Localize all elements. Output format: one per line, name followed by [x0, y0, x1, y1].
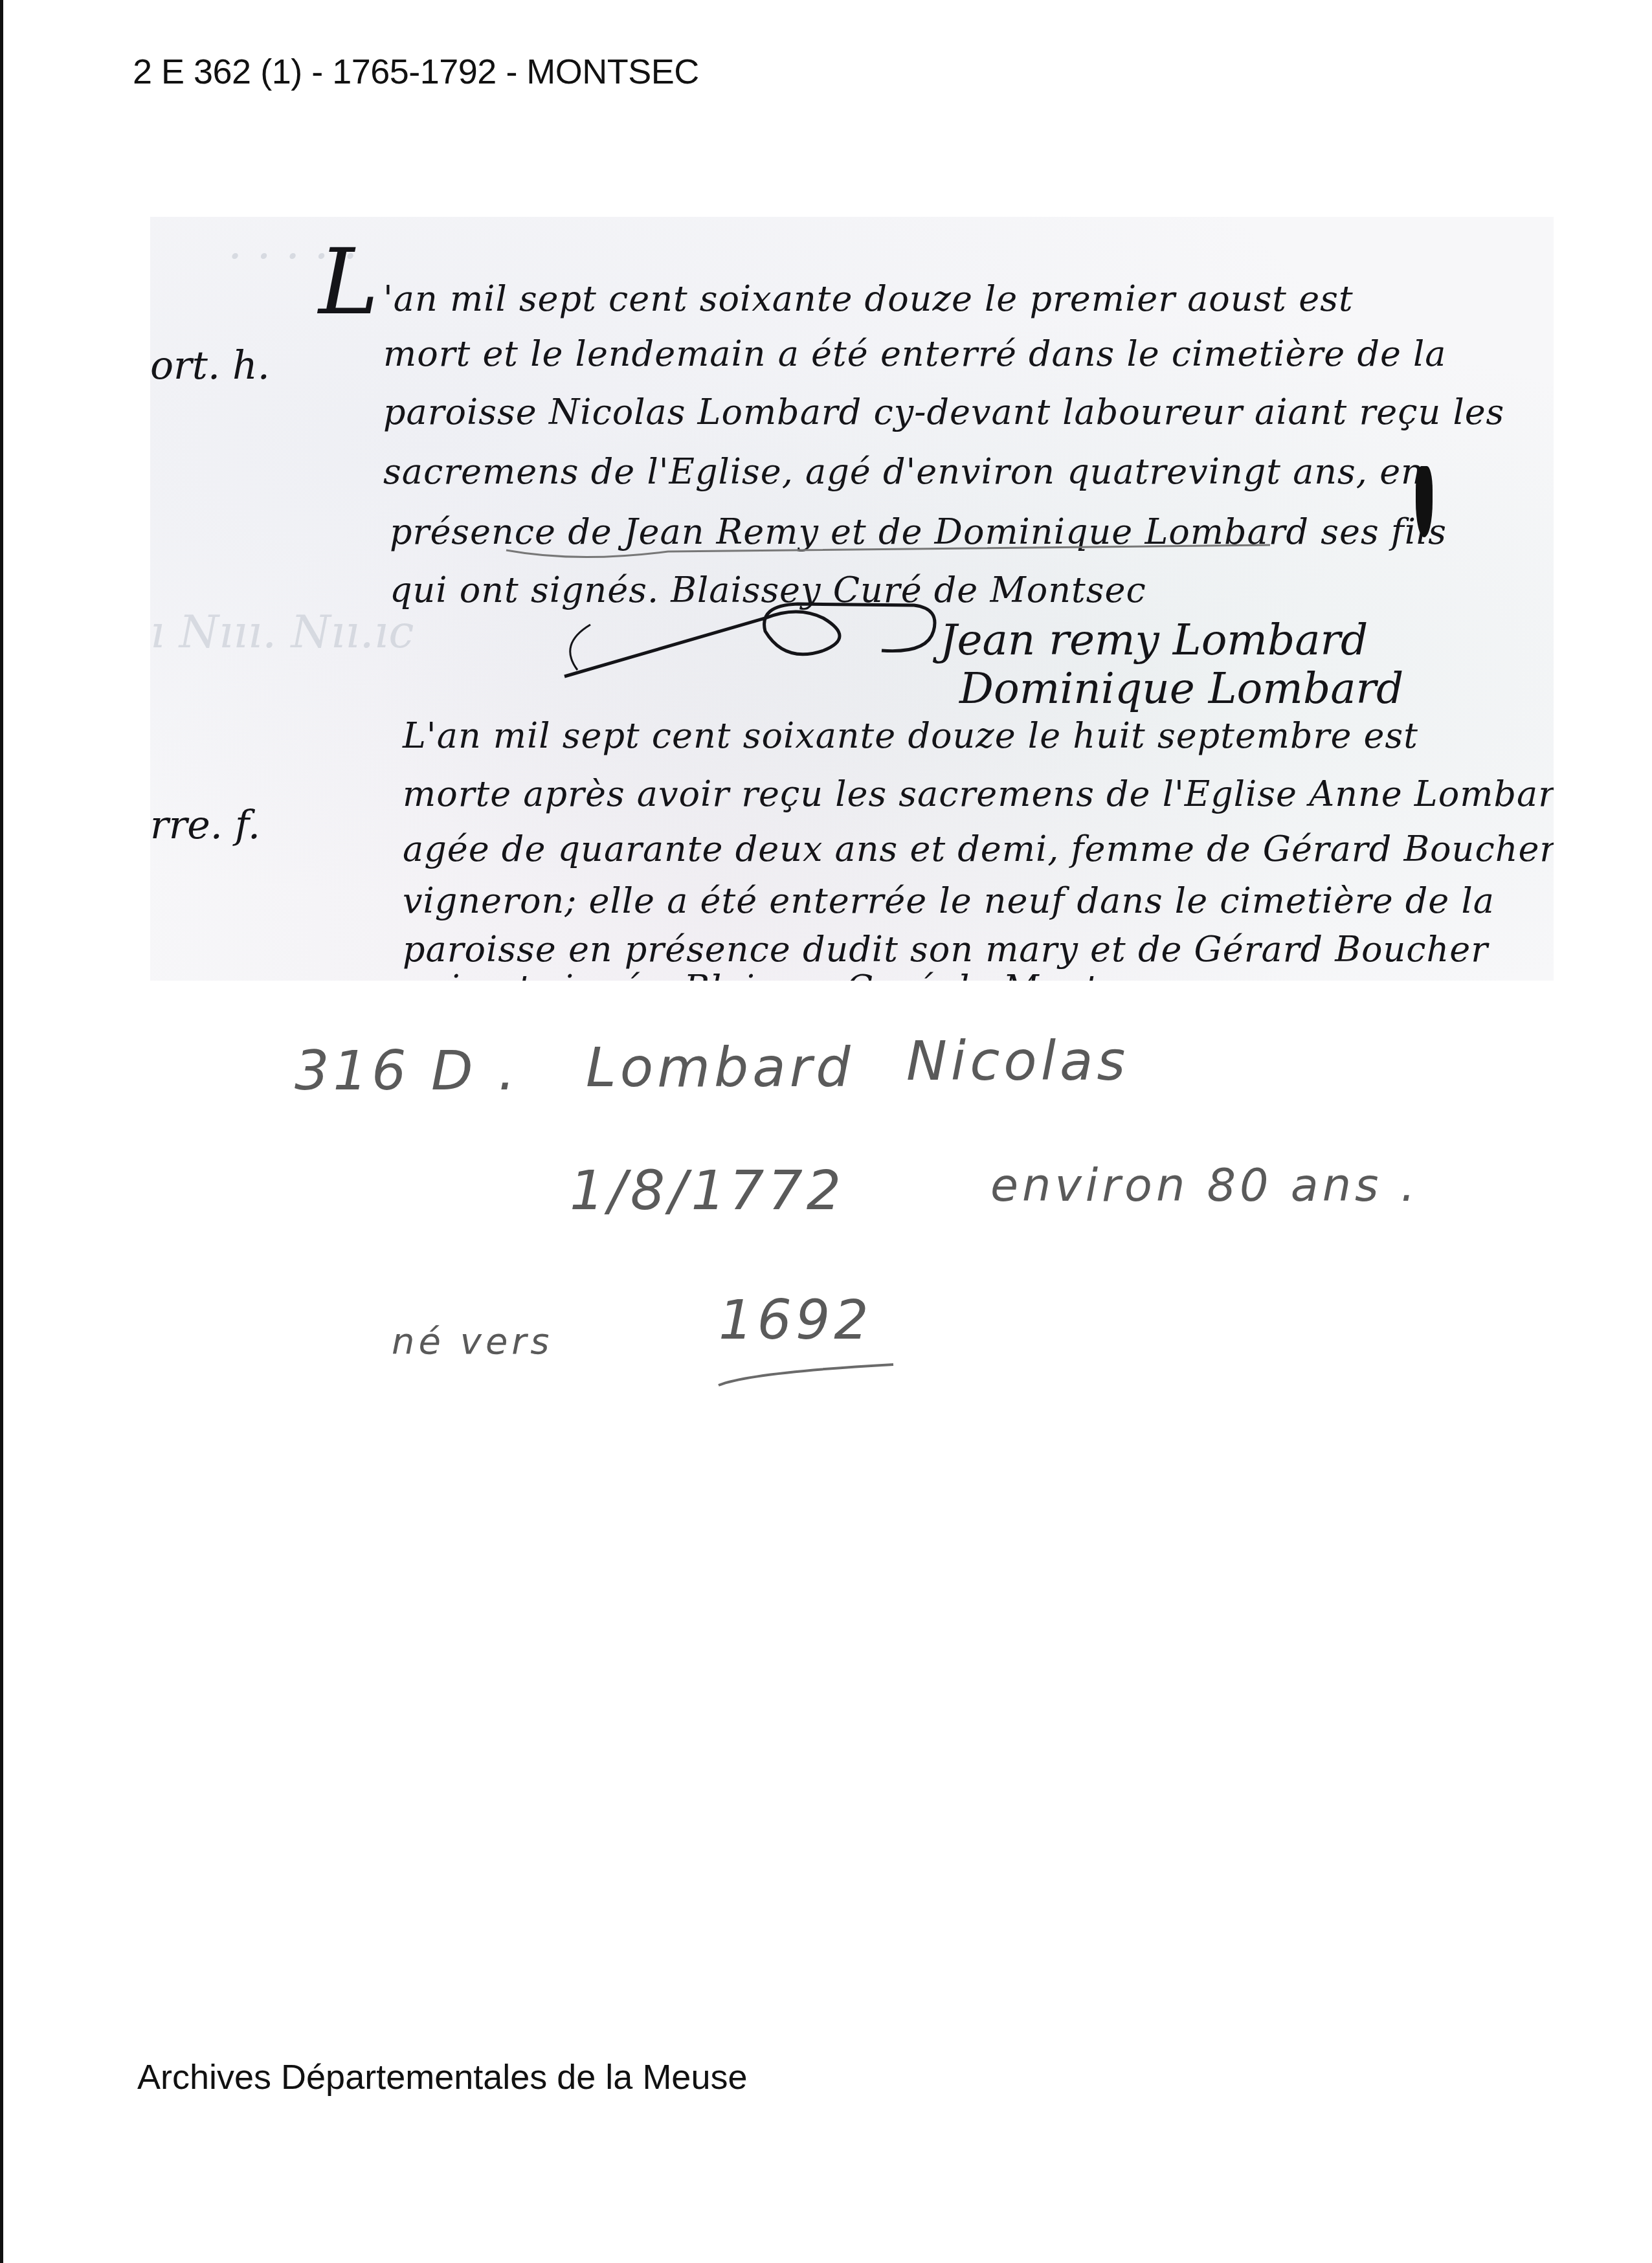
ink-blot: [1416, 466, 1433, 537]
entry-1-initial: L: [318, 230, 379, 335]
annotation-born-label: né vers: [392, 1321, 553, 1363]
entry-1-line: sacremens de l'Eglise, agé d'environ qua…: [383, 451, 1424, 492]
entry-2-line: morte après avoir reçu les sacremens de …: [403, 774, 1554, 814]
margin-note-entry-2: rre. f.: [150, 803, 260, 848]
entry-2-line: L'an mil sept cent soixante douze le hui…: [403, 715, 1418, 756]
annotation-surname: Lombard: [586, 1036, 854, 1099]
signature-dominique-lombard: Dominique Lombard: [959, 663, 1403, 713]
birth-year-underline: [712, 1359, 906, 1392]
signature-jean-remy-lombard: Jean remy Lombard: [940, 615, 1368, 665]
entry-2-line: vigneron; elle a été enterrée le neuf da…: [403, 880, 1495, 921]
scan-left-border: [0, 0, 3, 2263]
entry-2-line: paroisse en présence dudit son mary et d…: [403, 929, 1488, 970]
annotation-given-name: Nicolas: [906, 1029, 1129, 1093]
annotation-birth-year: 1692: [719, 1288, 873, 1352]
manuscript-scan: · · · · · ı Nııı. Nıı.ıc ort. h. rre. f.…: [150, 217, 1554, 981]
entry-2-line-cut: qui ont signés. Blaissey Curé de Montsec: [403, 968, 1159, 981]
entry-2-line: agée de quarante deux ans et demi, femme…: [403, 829, 1554, 869]
archive-source-footer: Archives Départementales de la Meuse: [137, 2057, 747, 2097]
entry-1-line: 'an mil sept cent soixante douze le prem…: [383, 278, 1354, 319]
entry-1-line: mort et le lendemain a été enterré dans …: [383, 333, 1447, 374]
annotation-reference: 316 D .: [295, 1039, 519, 1102]
margin-note-entry-1: ort. h.: [150, 343, 270, 388]
underline-stroke: [500, 544, 1277, 563]
bleed-through-text: ı Nııı. Nıı.ıc: [150, 605, 414, 658]
annotation-death-date: 1/8/1772: [570, 1159, 845, 1222]
signature-flourish: [552, 592, 953, 683]
annotation-age: environ 80 ans .: [990, 1159, 1419, 1212]
entry-1-line: paroisse Nicolas Lombard cy-devant labou…: [383, 392, 1504, 432]
archive-reference-header: 2 E 362 (1) - 1765-1792 - MONTSEC: [133, 52, 699, 92]
